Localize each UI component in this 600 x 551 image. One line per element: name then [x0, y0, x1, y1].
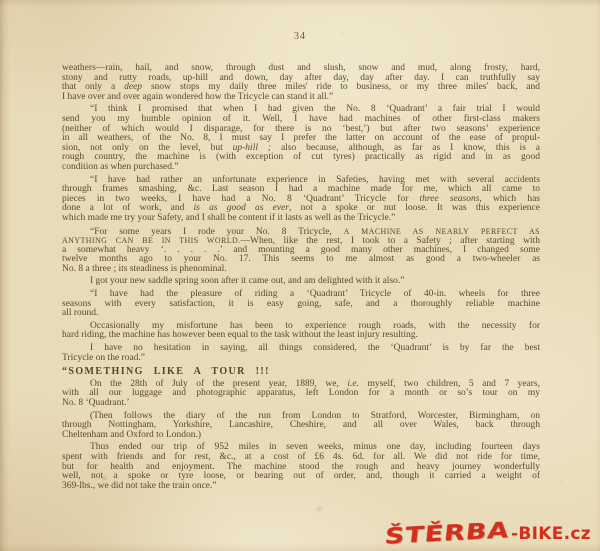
watermark-brand-text: ŠTĚRBA [384, 518, 511, 549]
text-line: No. 8 ‘Quadrant.’ [62, 399, 540, 409]
watermark-suffix-text: -BIKE.cz [511, 524, 591, 544]
paragraph: “I think I promised that when I had give… [62, 105, 540, 172]
page-number: 34 [0, 31, 600, 42]
paragraph: On the 28th of July of the present year,… [62, 380, 540, 409]
text-line: No. 8 a three ; its steadiness is phenom… [62, 265, 540, 275]
text-line: Tricycle on the road.” [62, 354, 540, 364]
section-heading: “SOMETHING LIKE A TOUR !!! [62, 367, 540, 377]
paragraph: (Then follows the diary of the run from … [62, 412, 540, 441]
paper-foxing-spots [0, 0, 2, 2]
text-line: I have over and over again wondered how … [62, 93, 540, 103]
paragraph: “For some years I rode your No. 8 Tricyc… [62, 227, 540, 275]
text-line: condition as when purchased.” [62, 163, 540, 173]
text-line: I got your new saddle spring soon after … [62, 277, 540, 287]
paragraph: “I have had the pleasure of riding a ‘Qu… [62, 290, 540, 319]
paragraph: Occasionally my misfortune has been to e… [62, 322, 540, 341]
text-line: “SOMETHING LIKE A TOUR !!! [62, 367, 540, 377]
paragraph: weathers—rain, hail, and snow, through d… [62, 64, 540, 102]
text-line: “For some years I rode your No. 8 Tricyc… [62, 227, 540, 237]
watermark: ŠTĚRBA-BIKE.cz [384, 515, 591, 546]
text-line: Cheltenham and Oxford to London.) [62, 431, 540, 441]
text-line: seasons with every satisfaction, it is e… [62, 300, 540, 310]
paragraph: Thus ended our trip of 952 miles in seve… [62, 443, 540, 491]
paragraph: I got your new saddle spring soon after … [62, 277, 540, 287]
paragraph: I have no hesitation in saying, all thin… [62, 344, 540, 363]
text-line: which made me try your Safety, and I sha… [62, 214, 540, 224]
text-line: all round. [62, 309, 540, 319]
text-line: 369-lbs., we did not take the train once… [62, 482, 540, 492]
text-line: hard riding, the machine has however bee… [62, 331, 540, 341]
page-text: weathers—rain, hail, and snow, through d… [62, 64, 540, 491]
scanned-book-page: 34 weathers—rain, hail, and snow, throug… [0, 0, 600, 551]
paragraph: “I have had rather an unfortunate experi… [62, 176, 540, 224]
text-line: with all our luggage and photographic ap… [62, 389, 540, 399]
